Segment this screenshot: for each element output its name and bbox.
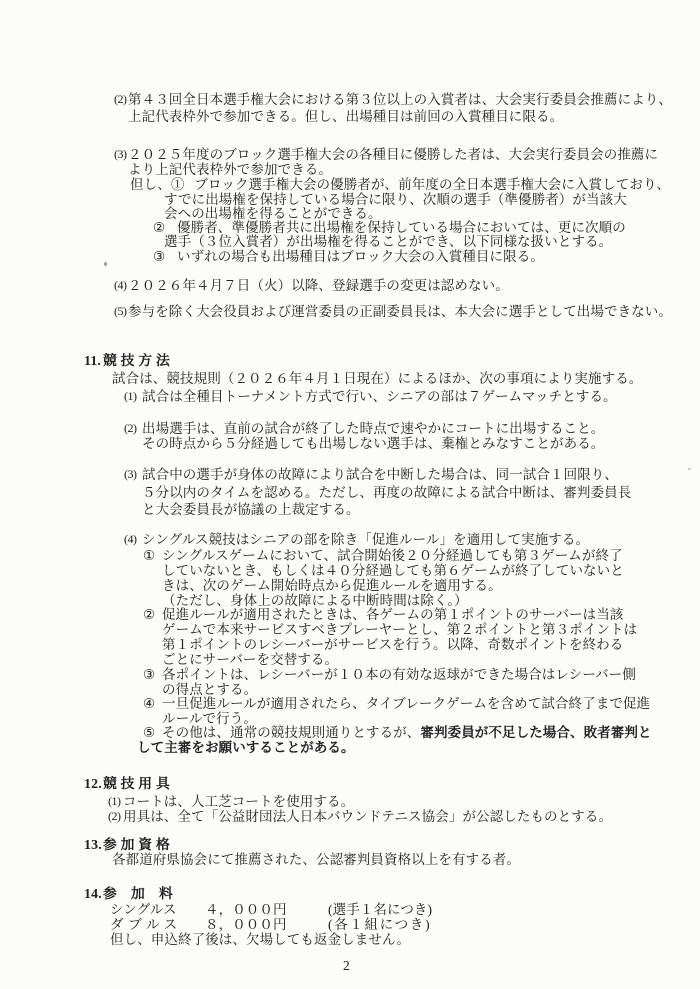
text-line: 試合は全種目トーナメント方式で行い、シニアの部は７ゲームマッチとする。: [142, 389, 617, 404]
section-title: 参 加 料: [103, 886, 173, 901]
fee-event: シングルス: [110, 902, 177, 917]
text-line: 試合は、競技規則（２０２６年４月１日現在）によるほか、次の事項により実施する。: [112, 371, 642, 386]
text-line: 優勝者、準優勝者共に出場権を保持している場合においては、更に次順の: [177, 220, 626, 235]
text-line: 但し、申込終了後は、欠場しても返金しません。: [110, 932, 410, 947]
text-line: シングルスゲームにおいて、試合開始後２０分経過しても第３ゲームが終了: [162, 548, 623, 563]
text-line: ２０２６年４月７日（火）以降、登録選手の変更は認めない。: [128, 278, 509, 293]
circled-number: ②: [153, 220, 165, 235]
circled-number: ③: [153, 249, 165, 264]
fee-price: ４，０００円: [205, 902, 287, 917]
text-line: 一旦促進ルールが適用されたら、タイブレークゲームを含めて試合終了まで促進: [162, 696, 650, 711]
text-segment: ブロック選手権大会の優勝者が、前年度の全日本選手権大会に入賞しており、: [194, 177, 670, 192]
item-label: (2): [114, 92, 127, 107]
text-line: と大会委員長が協議の上裁定する。: [142, 502, 360, 517]
text-line: 上記代表枠外で参加できる。但し、出場種目は前回の入賞種目に限る。: [128, 109, 563, 124]
section-number: 11.: [84, 353, 101, 368]
circled-number: ①: [143, 548, 155, 563]
circled-number: ⑤: [143, 725, 155, 740]
text-line: 出場選手は、直前の試合が終了した時点で速やかにコートに出場すること。: [142, 421, 604, 436]
item-label: (4): [124, 532, 137, 547]
text-line: すでに出場権を保持している場合に限り、次順の選手（準優勝者）が当該大: [164, 192, 627, 207]
circled-number: ①: [171, 177, 185, 192]
section-number: 14.: [84, 886, 102, 901]
text-line: 促進ルールが適用されたときは、各ゲームの第１ポイントのサーバーは当該: [162, 607, 623, 622]
item-label: (3): [124, 467, 137, 482]
fee-note: (各１組につき): [328, 917, 431, 932]
scan-speck: [688, 468, 691, 470]
bold-text-line: して主審をお願いすることがある。: [137, 740, 355, 755]
text-segment: その他は、通常の競技規則通りとするが、: [162, 725, 420, 740]
text-line: より上記代表枠外で参加できる。: [128, 162, 332, 177]
text-line: 第４３回全日本選手権大会における第３位以上の入賞者は、大会実行委員会推薦により、: [128, 92, 672, 107]
circled-number: ②: [143, 607, 155, 622]
text-line: いずれの場合も出場種目はブロック大会の入賞種目に限る。: [177, 249, 544, 264]
text-line: （ただし、身体上の故障による中断時間は除く。）: [162, 593, 468, 608]
text-line: していないとき、もしくは４０分経過しても第６ゲームが終了していないと: [162, 563, 624, 578]
text-line: 用具は、全て「公益財団法人日本バウンドテニス協会」が公認したものとする。: [123, 809, 612, 824]
item-label: (1): [124, 389, 137, 404]
section-number: 12.: [84, 776, 102, 791]
text-line: きは、次のゲーム開始時点から促進ルールを適用する。: [162, 578, 502, 593]
item-label: (4): [114, 278, 127, 293]
text-line: ルールで行う。: [162, 711, 257, 726]
text-line: シングルス競技はシニアの部を除き「促進ルール」を適用して実施する。: [142, 532, 589, 547]
text-line: コートは、人工芝コートを使用する。: [123, 794, 354, 809]
fee-event: ダブルス: [110, 917, 182, 932]
section-title: 競 技 方 法: [103, 353, 170, 368]
fee-price: ８，０００円: [205, 917, 287, 932]
text-line: 会への出場権を得ることができる。: [164, 206, 382, 221]
item-label: (3): [114, 147, 127, 162]
section-number: 13.: [84, 837, 102, 852]
fee-note: (選手１名につき): [328, 902, 432, 917]
text-line: 第１ポイントのレシーバーがサービスを行う。以降、奇数ポイントを終わる: [162, 637, 623, 652]
item-label: (2): [124, 421, 137, 436]
text-line: 但し、①ブロック選手権大会の優勝者が、前年度の全日本選手権大会に入賞しており、: [130, 177, 670, 192]
text-line: ゲームで本来サービスすべきプレーヤーとし、第２ポイントと第３ポイントは: [162, 622, 637, 637]
item-label: (2): [108, 809, 121, 824]
text-line: の得点とする。: [162, 682, 257, 697]
text-line: 選手（３位入賞者）が出場権を得ることができ、以下同様な扱いとする。: [164, 234, 612, 249]
text-line: ごとにサーバーを交替する。: [162, 652, 338, 667]
text-line: 各ポイントは、レシーバーが１０本の有効な返球ができた場合はレシーバー側: [162, 667, 636, 682]
item-label: (1): [108, 794, 121, 809]
text-line: その他は、通常の競技規則通りとするが、審判委員が不足した場合、敗者審判と: [162, 725, 652, 740]
scan-speck: [104, 262, 107, 266]
text-line: ２０２５年度のブロック選手権大会の各種目に優勝した者は、大会実行委員会の推薦に: [128, 147, 658, 162]
section-title: 参 加 資 格: [103, 837, 170, 852]
circled-number: ④: [143, 696, 155, 711]
text-line: 参与を除く大会役員および運営委員の正副委員長は、本大会に選手として出場できない。: [128, 304, 672, 319]
scanned-document-page: (2) 第４３回全日本選手権大会における第３位以上の入賞者は、大会実行委員会推薦…: [0, 0, 700, 989]
section-title: 競 技 用 具: [103, 776, 170, 791]
text-line: その時点から５分経過しても出場しない選手は、棄権とみなすことがある。: [142, 436, 604, 451]
item-label: (5): [114, 304, 127, 319]
bold-text-segment: 審判委員が不足した場合、敗者審判と: [420, 725, 651, 740]
text-line: 各都道府県協会にて推薦された、公認審判員資格以上を有する者。: [112, 852, 520, 867]
tadashi-prefix: 但し、: [130, 177, 171, 192]
circled-number: ③: [143, 667, 155, 682]
text-line: ５分以内のタイムを認める。ただし、再度の故障による試合中断は、審判委員長: [142, 485, 631, 500]
text-line: 試合中の選手が身体の故障により試合を中断した場合は、同一試合１回限り、: [142, 467, 618, 482]
page-number: 2: [343, 958, 350, 973]
